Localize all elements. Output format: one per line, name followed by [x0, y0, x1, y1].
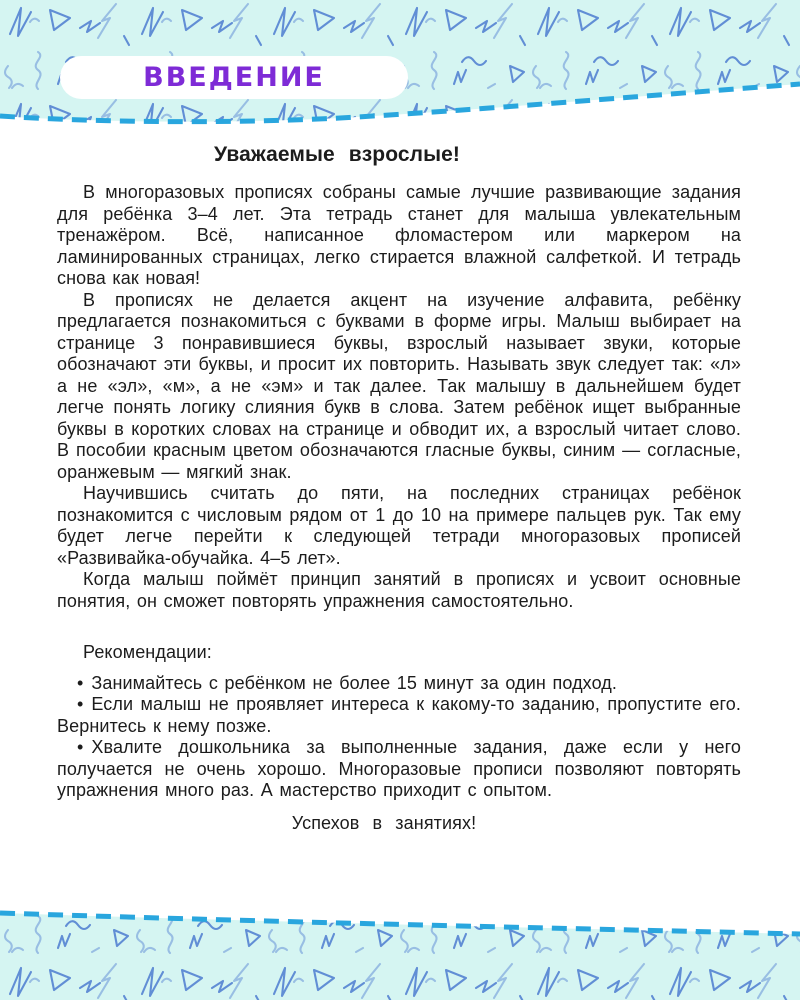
workbook-page: { "page": { "banner": "ВВЕДЕНИЕ", "headi… [0, 0, 800, 1000]
bullet-text: Занимайтесь с ребёнком не более 15 минут… [91, 673, 617, 693]
paragraph-1: В многоразовых прописях собраны самые лу… [57, 182, 741, 290]
bullet-dot: • [77, 737, 83, 757]
bullet-text: Если малыш не проявляет интереса к каком… [57, 694, 741, 736]
page-heading: Уважаемые взрослые! [57, 142, 741, 168]
bullet-item: •Хвалите дошкольника за выполненные зада… [57, 737, 741, 802]
intro-banner: ВВЕДЕНИЕ [60, 56, 408, 99]
bullet-dot: • [77, 694, 83, 714]
recommendations-list: •Занимайтесь с ребёнком не более 15 мину… [57, 673, 741, 802]
bullet-item: •Если малыш не проявляет интереса к како… [57, 694, 741, 737]
bullet-dot: • [77, 673, 83, 693]
recommendations-label: Рекомендации: [83, 642, 741, 664]
closing-line: Успехов в занятиях! [57, 813, 741, 835]
paragraph-3: Научившись считать до пяти, на последних… [57, 483, 741, 569]
bullet-item: •Занимайтесь с ребёнком не более 15 мину… [57, 673, 741, 695]
bullet-text: Хвалите дошкольника за выполненные задан… [57, 737, 741, 800]
page-content: Уважаемые взрослые! В многоразовых пропи… [57, 0, 741, 834]
paragraph-4: Когда малыш поймёт принцип занятий в про… [57, 569, 741, 612]
intro-banner-label: ВВЕДЕНИЕ [143, 62, 325, 93]
paragraph-2: В прописях не делается акцент на изучени… [57, 290, 741, 484]
bottom-band-doodles [0, 913, 800, 1000]
